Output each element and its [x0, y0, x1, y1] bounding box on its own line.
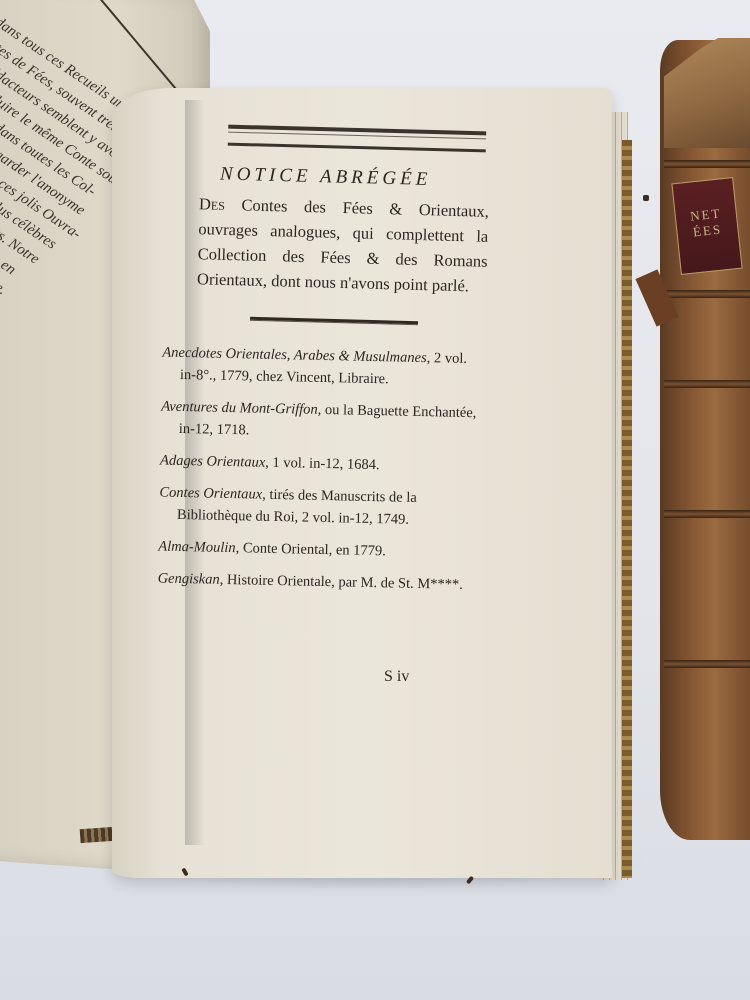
- book-photo: NET ÉES e dans tous ces Recueils un Cont…: [0, 0, 750, 1000]
- entry-title: Alma-Moulin: [158, 539, 236, 557]
- spine-band: [664, 510, 750, 518]
- list-item: Aventures du Mont-Griffon, ou la Baguett…: [161, 396, 485, 447]
- subtitle-text: Contes des Fées & Orientaux, ouvrages an…: [197, 195, 489, 295]
- entry-list: Anecdotes Orientales, Arabes & Musulmane…: [157, 342, 492, 597]
- gilt-cover-edge: [622, 140, 632, 878]
- list-item: Adages Orientaux, 1 vol. in-12, 1684.: [160, 450, 483, 479]
- entry-detail: , Conte Oriental, en 1779.: [235, 540, 386, 559]
- signature-mark: S iv: [384, 668, 409, 686]
- list-item: Contes Orientaux, tirés des Manuscrits d…: [159, 482, 483, 533]
- list-item: Anecdotes Orientales, Arabes & Musulmane…: [162, 342, 486, 393]
- debris-speck: [643, 195, 649, 201]
- entry-title: Anecdotes Orientales, Arabes & Musulmane…: [162, 345, 427, 367]
- section-rule: [250, 317, 418, 325]
- right-page-content: NOTICE ABRÉGÉE Des Contes des Fées & Ori…: [160, 128, 490, 603]
- entry-title: Aventures du Mont-Griffon: [161, 399, 318, 418]
- spine-band: [664, 290, 750, 298]
- entry-title: Adages Orientaux: [160, 453, 265, 471]
- entry-title: Gengiskan: [158, 571, 220, 588]
- entry-detail: , Histoire Orientale, par M. de St. M***…: [220, 572, 464, 593]
- subtitle-lead: Des: [199, 194, 225, 214]
- header-double-rule: [228, 125, 486, 153]
- spine-band: [664, 380, 750, 388]
- spine-band: [664, 660, 750, 668]
- spine-band: [664, 160, 750, 168]
- list-item: Alma-Moulin, Conte Oriental, en 1779.: [158, 536, 481, 565]
- spine-title-label: NET ÉES: [671, 177, 742, 275]
- list-item: Gengiskan, Histoire Orientale, par M. de…: [157, 568, 480, 597]
- entry-title: Contes Orientaux: [159, 485, 262, 503]
- entry-detail: , 1 vol. in-12, 1684.: [265, 455, 380, 473]
- page-subtitle: Des Contes des Fées & Orientaux, ouvrage…: [197, 191, 490, 299]
- page-title: NOTICE ABRÉGÉE: [220, 163, 490, 192]
